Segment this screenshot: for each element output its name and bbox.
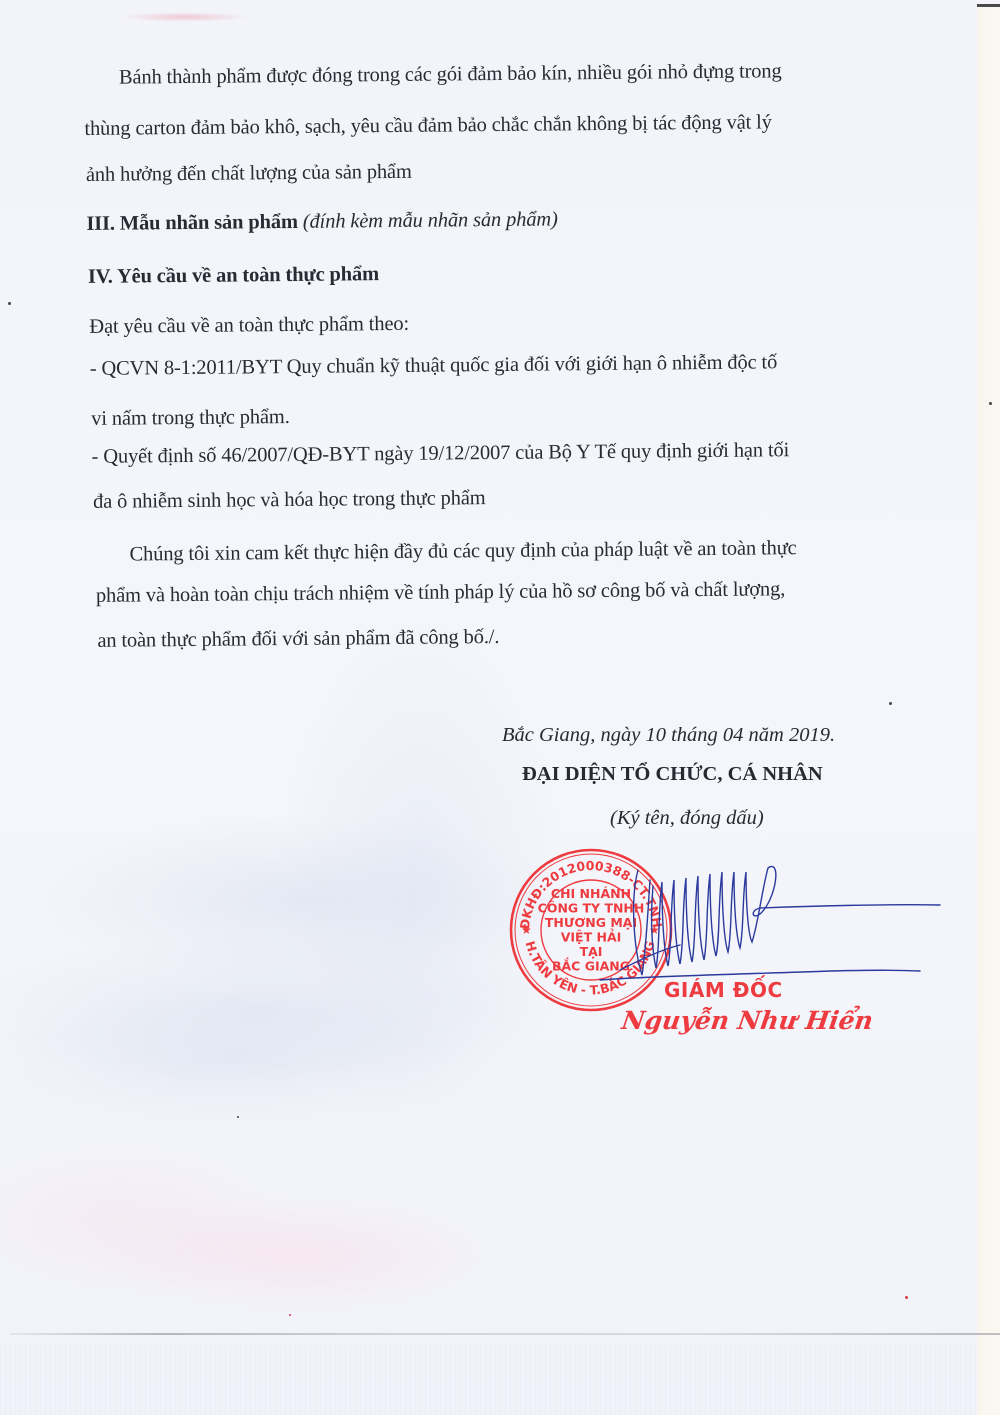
signature-block: Bắc Giang, ngày 10 tháng 04 năm 2019. ĐẠ… [0, 0, 1000, 1415]
star-icon: ★ [521, 923, 532, 937]
director-name: Nguyễn Như Hiển [620, 1006, 875, 1035]
representative-title: ĐẠI DIỆN TỔ CHỨC, CÁ NHÂN [522, 763, 823, 786]
sign-note: (Ký tên, đóng dấu) [610, 807, 764, 830]
director-title: GIÁM ĐỐC [664, 978, 783, 1002]
place-date: Bắc Giang, ngày 10 tháng 04 năm 2019. [502, 724, 835, 747]
handwritten-signature [590, 850, 950, 990]
